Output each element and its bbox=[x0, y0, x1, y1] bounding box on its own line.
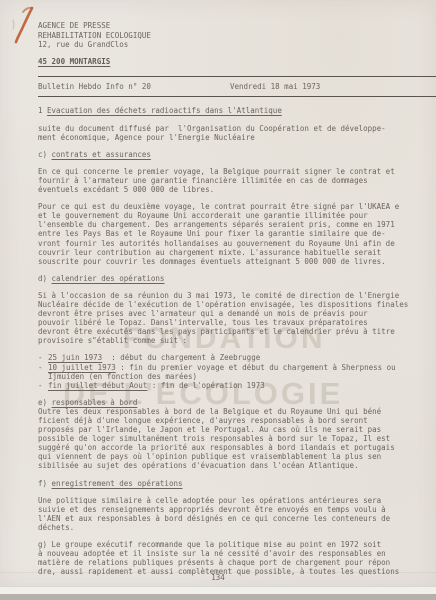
paper-bottom-edge bbox=[0, 586, 436, 594]
list-bullet: - bbox=[38, 363, 48, 381]
section-f-label: enregistrement des opérations bbox=[52, 479, 183, 488]
section-e-heading: e) responsables à bord bbox=[38, 398, 428, 407]
section-c-heading: c) contrats et assurances bbox=[38, 150, 428, 159]
section-e-label: responsables à bord bbox=[52, 398, 138, 407]
section-c-prefix: c) bbox=[38, 150, 52, 159]
list-bullet: - bbox=[38, 381, 48, 390]
section-c-para1: En ce qui concerne le premier voyage, la… bbox=[38, 167, 428, 194]
schedule-date: 10 juillet 1973 bbox=[48, 363, 116, 372]
letterhead-org: REHABILITATION ECOLOGIQUE bbox=[38, 31, 428, 41]
schedule-date: 25 juin 1973 bbox=[48, 353, 102, 362]
article-title-text: Evacuation des déchets radioactifs dans … bbox=[47, 106, 282, 115]
letterhead-street: 12, rue du GrandClos bbox=[38, 40, 428, 50]
schedule-entry: 25 juin 1973 : début du chargement à Zee… bbox=[48, 353, 260, 362]
schedule-text: : fin de l'opération 1973 bbox=[147, 381, 264, 390]
scanned-page: FONDATION DE L'ECOLOGIE AGENCE DE PRESSE… bbox=[0, 0, 436, 586]
article-number: 1 bbox=[38, 106, 47, 115]
section-d-label: calendrier des opérations bbox=[52, 274, 165, 283]
section-e-para: Outre les deux responsables à bord de la… bbox=[38, 407, 428, 471]
section-d-para: Si à l'occasion de sa réunion du 3 mai 1… bbox=[38, 291, 428, 346]
section-c-para2: Pour ce qui est du deuxième voyage, le c… bbox=[38, 202, 428, 266]
page-number: 134 bbox=[0, 573, 436, 582]
divider-bottom bbox=[38, 96, 436, 97]
schedule-date: fin juillet début Aout bbox=[48, 381, 147, 390]
list-bullet: - bbox=[38, 353, 48, 362]
section-f-prefix: f) bbox=[38, 479, 52, 488]
section-f-para: Une politique similaire à celle adoptée … bbox=[38, 496, 428, 532]
scanner-background bbox=[0, 594, 436, 600]
list-item: - 10 juillet 1973 : fin du premier voyag… bbox=[38, 363, 428, 381]
article-title: 1 Evacuation des déchets radioactifs dan… bbox=[38, 106, 428, 115]
schedule-entry: 10 juillet 1973 : fin du premier voyage … bbox=[48, 363, 396, 381]
section-e-prefix: e) bbox=[38, 398, 52, 407]
divider-top bbox=[38, 76, 436, 77]
letterhead-city: 45 200 MONTARGIS bbox=[38, 57, 110, 67]
section-d-prefix: d) bbox=[38, 274, 52, 283]
bulletin-date: Vendredi 18 mai 1973 bbox=[230, 82, 320, 91]
schedule-list: - 25 juin 1973 : début du chargement à Z… bbox=[38, 353, 428, 389]
section-g-para: g) Le groupe exécutif recommande que la … bbox=[38, 540, 428, 576]
document-content: AGENCE DE PRESSE REHABILITATION ECOLOGIQ… bbox=[0, 0, 436, 576]
bulletin-title: Bulletin Hebdo Info n° 20 bbox=[38, 82, 230, 91]
letterhead: AGENCE DE PRESSE REHABILITATION ECOLOGIQ… bbox=[38, 21, 428, 66]
section-c-label: contrats et assurances bbox=[52, 150, 151, 159]
section-d-heading: d) calendrier des opérations bbox=[38, 274, 428, 283]
masthead: Bulletin Hebdo Info n° 20 Vendredi 18 ma… bbox=[38, 82, 428, 91]
article-intro: suite du document diffusé par l'Organisa… bbox=[38, 124, 428, 142]
list-item: - 25 juin 1973 : début du chargement à Z… bbox=[38, 353, 428, 362]
list-item: - fin juillet début Aout : fin de l'opér… bbox=[38, 381, 428, 390]
schedule-text: : début du chargement à Zeebrugge bbox=[102, 353, 260, 362]
letterhead-agency: AGENCE DE PRESSE bbox=[38, 21, 428, 31]
section-f-heading: f) enregistrement des opérations bbox=[38, 479, 428, 488]
schedule-entry: fin juillet début Aout : fin de l'opérat… bbox=[48, 381, 265, 390]
